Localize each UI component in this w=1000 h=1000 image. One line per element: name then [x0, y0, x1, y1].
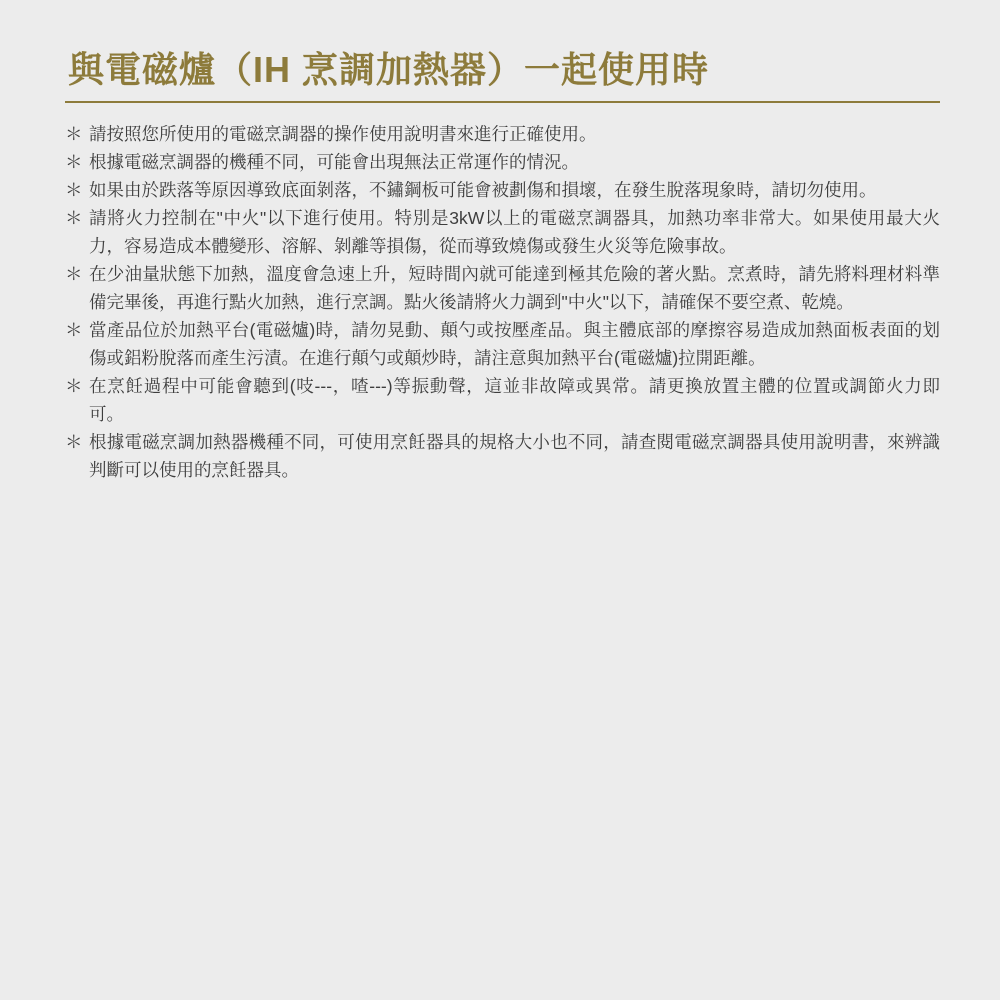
note-text: 請將火力控制在"中火"以下進行使用。特別是3kW以上的電磁烹調器具，加熱功率非常…	[89, 204, 940, 260]
note-item: ＊在少油量狀態下加熱，溫度會急速上升，短時間內就可能達到極其危險的著火點。烹煮時…	[65, 260, 940, 316]
note-item: ＊如果由於跌落等原因導致底面剝落，不鏽鋼板可能會被劃傷和損壞，在發生脫落現象時，…	[65, 176, 940, 204]
notes-list: ＊請按照您所使用的電磁烹調器的操作使用說明書來進行正確使用。＊根據電磁烹調器的機…	[65, 120, 940, 484]
asterisk-bullet: ＊	[65, 428, 89, 456]
asterisk-bullet: ＊	[65, 372, 89, 400]
note-item: ＊在烹飪過程中可能會聽到(吱---，喳---)等振動聲，這並非故障或異常。請更換…	[65, 372, 940, 428]
note-item: ＊根據電磁烹調加熱器機種不同，可使用烹飪器具的規格大小也不同，請查閱電磁烹調器具…	[65, 428, 940, 484]
note-text: 根據電磁烹調器的機種不同，可能會出現無法正常運作的情況。	[89, 148, 940, 176]
asterisk-bullet: ＊	[65, 148, 89, 176]
document-page: 與電磁爐（IH 烹調加熱器）一起使用時 ＊請按照您所使用的電磁烹調器的操作使用說…	[0, 0, 1000, 1000]
title-divider	[65, 101, 940, 103]
note-text: 請按照您所使用的電磁烹調器的操作使用說明書來進行正確使用。	[89, 120, 940, 148]
note-item: ＊請按照您所使用的電磁烹調器的操作使用說明書來進行正確使用。	[65, 120, 940, 148]
note-text: 當產品位於加熱平台(電磁爐)時，請勿晃動、顛勺或按壓產品。與主體底部的摩擦容易造…	[89, 316, 940, 372]
note-text: 如果由於跌落等原因導致底面剝落，不鏽鋼板可能會被劃傷和損壞，在發生脫落現象時，請…	[89, 176, 940, 204]
asterisk-bullet: ＊	[65, 204, 89, 232]
note-item: ＊根據電磁烹調器的機種不同，可能會出現無法正常運作的情況。	[65, 148, 940, 176]
asterisk-bullet: ＊	[65, 176, 89, 204]
page-title: 與電磁爐（IH 烹調加熱器）一起使用時	[68, 48, 940, 92]
asterisk-bullet: ＊	[65, 260, 89, 288]
note-text: 在烹飪過程中可能會聽到(吱---，喳---)等振動聲，這並非故障或異常。請更換放…	[89, 372, 940, 428]
asterisk-bullet: ＊	[65, 120, 89, 148]
note-text: 在少油量狀態下加熱，溫度會急速上升，短時間內就可能達到極其危險的著火點。烹煮時，…	[89, 260, 940, 316]
note-text: 根據電磁烹調加熱器機種不同，可使用烹飪器具的規格大小也不同，請查閱電磁烹調器具使…	[89, 428, 940, 484]
note-item: ＊請將火力控制在"中火"以下進行使用。特別是3kW以上的電磁烹調器具，加熱功率非…	[65, 204, 940, 260]
note-item: ＊當產品位於加熱平台(電磁爐)時，請勿晃動、顛勺或按壓產品。與主體底部的摩擦容易…	[65, 316, 940, 372]
asterisk-bullet: ＊	[65, 316, 89, 344]
